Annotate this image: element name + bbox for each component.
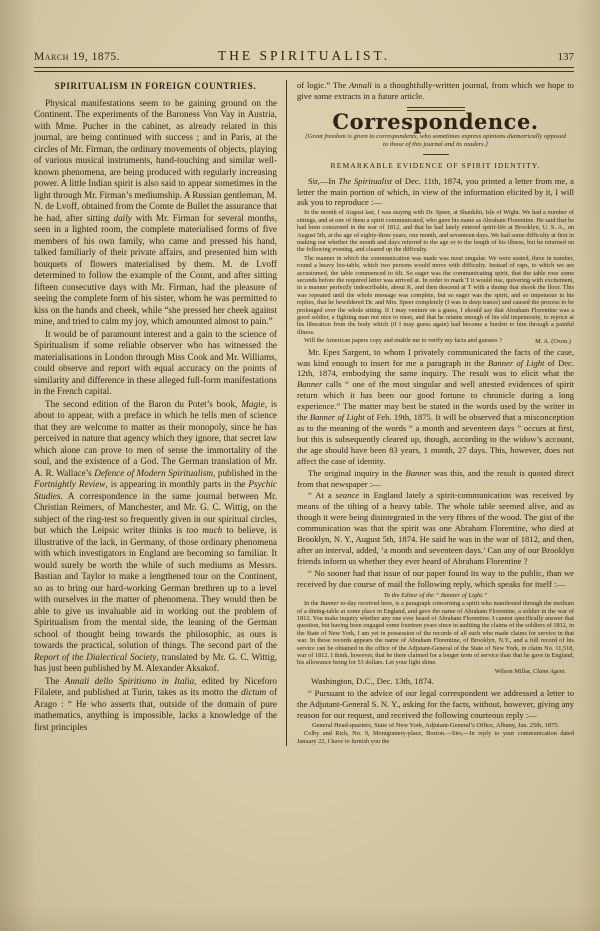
dateline: Washington, D.C., Dec. 13th, 1874. [297,676,574,687]
article-paragraph: The Annali dello Spiritismo in Italia, e… [34,676,277,734]
letter-paragraph: Sir,—In The Spiritualist of Dec. 11th, 1… [297,176,574,209]
continuation-paragraph: of logic.” The Annali is a thoughtfully-… [297,80,574,102]
letter-separator [423,154,449,155]
right-column-body: of logic.” The Annali is a thoughtfully-… [297,80,574,745]
article-heading: SPIRITUALISM IN FOREIGN COUNTRIES. [34,81,277,93]
quoted-letter-paragraph: In the month of August last, I was stayi… [297,209,574,253]
article-paragraph: Physical manifestations seem to be gaini… [34,98,277,328]
page-header: March 19, 1875. THE SPIRITUALIST. 137 [34,0,574,64]
quoted-letter-paragraph: The manner in which the communication wa… [297,255,574,336]
right-column: of logic.” The Annali is a thoughtfully-… [286,80,574,746]
letter-paragraph: The original inquiry in the Banner was t… [297,468,574,490]
address-line: General Head-quarters, State of New York… [297,722,574,730]
issue-date: March 19, 1875. [34,51,194,63]
page-columns: SPIRITUALISM IN FOREIGN COUNTRIES. Physi… [34,80,574,746]
editorial-note: [Great freedom is given to correspondent… [305,133,566,149]
newspaper-page: March 19, 1875. THE SPIRITUALIST. 137 SP… [0,0,600,931]
correspondence-section-title: Correspondence. [297,117,574,128]
left-column-body: Physical manifestations seem to be gaini… [34,98,277,734]
letter-paragraph: “ No sooner had that issue of our paper … [297,568,574,590]
letter-paragraph: “ Pursuant to the advice of our legal co… [297,688,574,721]
letter-paragraph: Mr. Epes Sargent, to whom I privately co… [297,347,574,467]
page-number: 137 [414,51,574,63]
letter-heading: REMARKABLE EVIDENCE OF SPIRIT IDENTITY. [297,161,574,172]
letter-paragraph: “ At a seance in England lately a spirit… [297,490,574,566]
header-rule [34,67,574,72]
journal-title: THE SPIRITUALIST. [194,48,414,64]
sub-letter-heading: To the Editor of the “ Banner of Light.” [297,592,574,600]
signature-line: Wilson Millar, Claim Agent. [297,668,566,675]
article-paragraph: It would be of paramount interest and a … [34,329,277,398]
left-column: SPIRITUALISM IN FOREIGN COUNTRIES. Physi… [34,80,286,746]
article-paragraph: The second edition of the Baron du Potet… [34,399,277,675]
quoted-letter-paragraph: In the Banner to-day received here, is a… [297,600,574,667]
quoted-letter-paragraph: Colby and Rich, No. 9, Montgomery-place,… [297,730,574,745]
